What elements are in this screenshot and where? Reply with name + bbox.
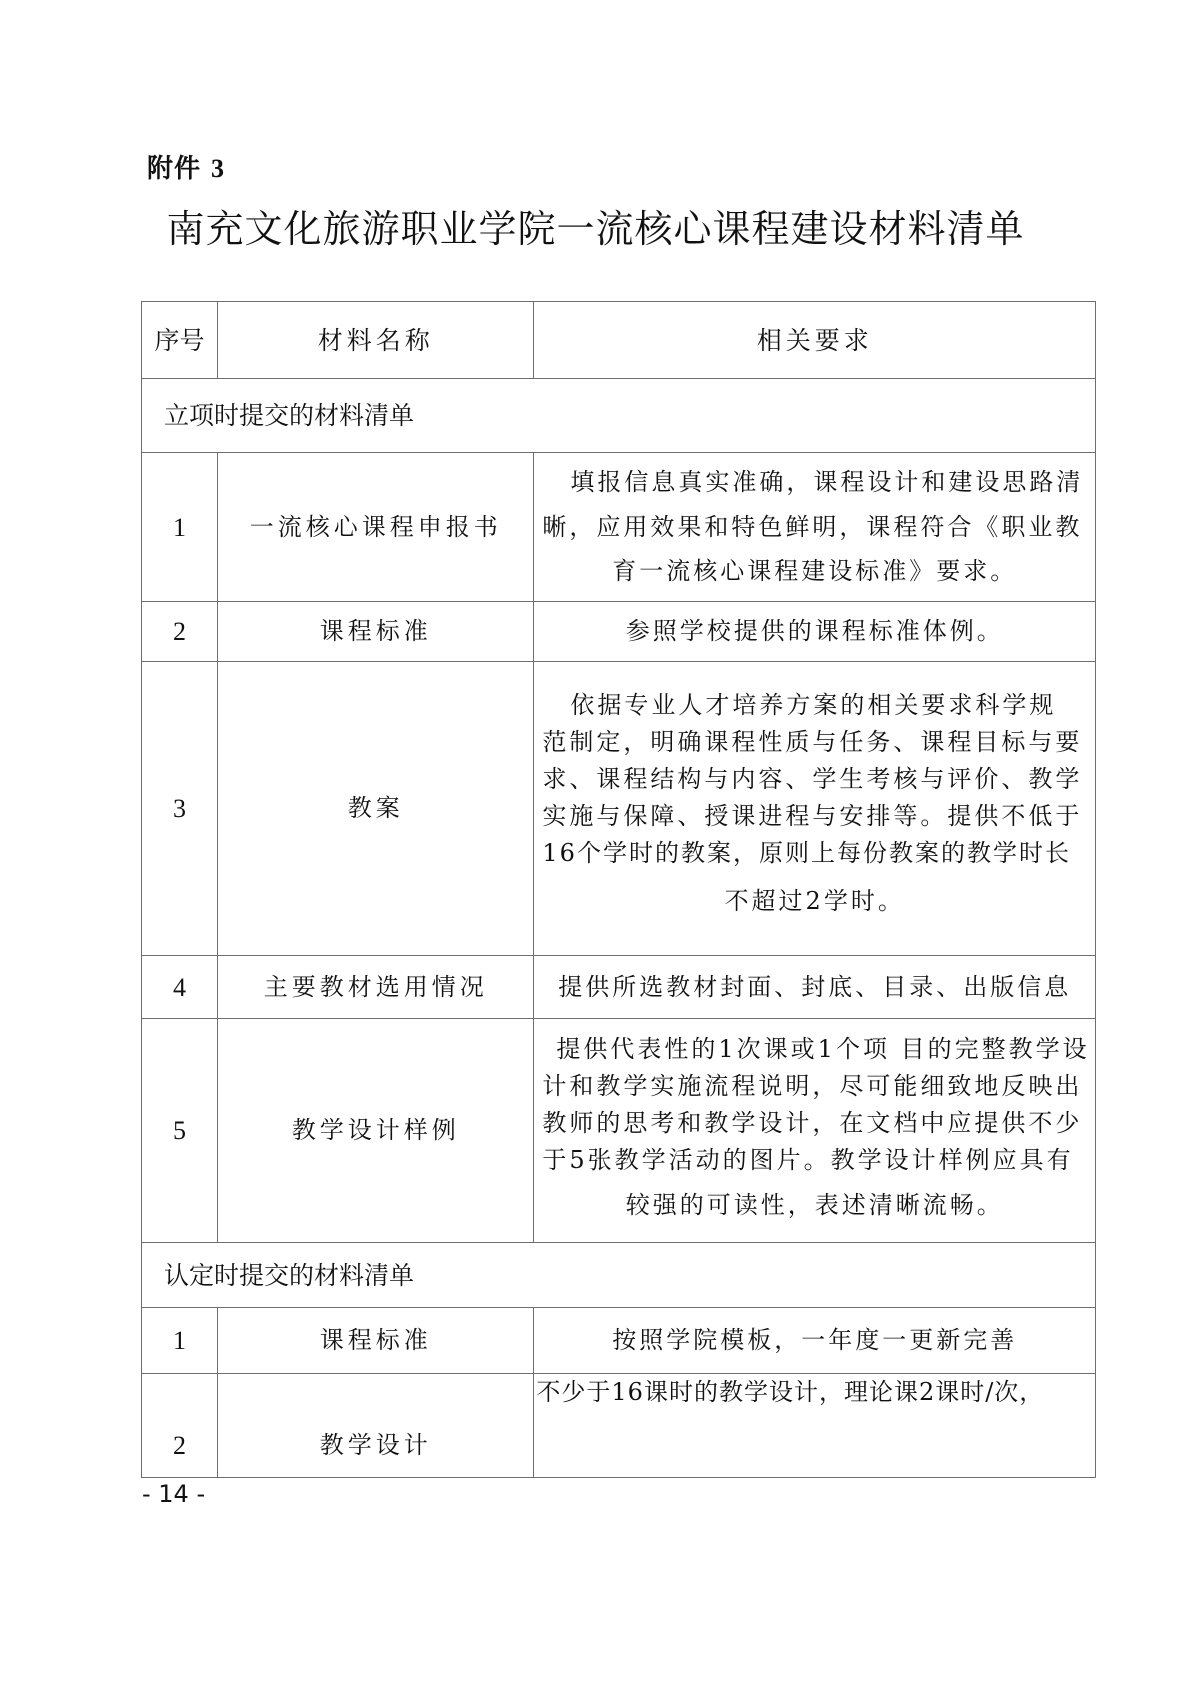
requirement-line: 16个学时的教案，原则上每份教案的教学时长 [542,835,1087,872]
requirement-line: 填报信息真实准确，课程设计和建设思路清 [542,464,1087,501]
requirement-line: 求、课程结构与内容、学生考核与评价、教学 [542,761,1087,798]
row-seq: 2 [142,602,218,662]
attachment-number: 3 [211,154,225,183]
row-seq: 4 [142,956,218,1019]
row-seq: 3 [142,662,218,956]
requirement-line: 参照学校提供的课程标准体例。 [542,613,1087,650]
attachment-label: 附件3 [147,148,225,185]
row-material-name: 课程标准 [218,602,534,662]
row-material-name: 主要教材选用情况 [218,956,534,1019]
requirement-line: 教师的思考和教学设计，在文档中应提供不少 [542,1105,1087,1142]
requirement-line: 晰，应用效果和特色鲜明，课程符合《职业教 [542,501,1087,553]
row-material-name: 教案 [218,662,534,956]
row-material-name: 一流核心课程申报书 [218,453,534,602]
row-requirement: 依据专业人才培养方案的相关要求科学规 范制定，明确课程性质与任务、课程目标与要 … [534,662,1096,956]
row-requirement: 提供所选教材封面、封底、目录、出版信息 [534,956,1096,1019]
requirement-line: 按照学院模板，一年度一更新完善 [542,1322,1087,1359]
row-material-name: 教学设计样例 [218,1019,534,1243]
requirement-line: 提供代表性的1次课或1个项 目的完整教学设 [542,1031,1087,1068]
table-row: 4 主要教材选用情况 提供所选教材封面、封底、目录、出版信息 [142,956,1096,1019]
section-title: 立项时提交的材料清单 [142,379,1096,453]
row-requirement: 填报信息真实准确，课程设计和建设思路清 晰，应用效果和特色鲜明，课程符合《职业教… [534,453,1096,602]
row-requirement: 不少于16课时的教学设计，理论课2课时/次， [534,1374,1096,1478]
row-material-name: 课程标准 [218,1308,534,1374]
requirement-line: 提供所选教材封面、封底、目录、出版信息 [542,969,1087,1006]
table-row: 2 课程标准 参照学校提供的课程标准体例。 [142,602,1096,662]
row-requirement: 按照学院模板，一年度一更新完善 [534,1308,1096,1374]
table-header-row: 序号 材料名称 相关要求 [142,302,1096,379]
page-number: - 14 - [142,1480,205,1508]
requirement-line: 计和教学实施流程说明，尽可能细致地反映出 [542,1068,1087,1105]
header-requirements: 相关要求 [534,302,1096,379]
requirement-line: 范制定，明确课程性质与任务、课程目标与要 [542,724,1087,761]
row-seq: 1 [142,1308,218,1374]
table-row: 3 教案 依据专业人才培养方案的相关要求科学规 范制定，明确课程性质与任务、课程… [142,662,1096,956]
page-title: 南充文化旅游职业学院一流核心课程建设材料清单 [0,198,1191,253]
section-row-initiation: 立项时提交的材料清单 [142,379,1096,453]
materials-table: 序号 材料名称 相关要求 立项时提交的材料清单 1 一流核心课程申报书 填报信息… [141,301,1096,1478]
row-seq: 5 [142,1019,218,1243]
row-requirement: 提供代表性的1次课或1个项 目的完整教学设 计和教学实施流程说明，尽可能细致地反… [534,1019,1096,1243]
requirement-line: 不少于16课时的教学设计，理论课2课时/次， [536,1374,1087,1411]
attachment-label-text: 附件 [147,154,201,184]
section-title: 认定时提交的材料清单 [142,1243,1096,1308]
table-row: 1 课程标准 按照学院模板，一年度一更新完善 [142,1308,1096,1374]
requirement-line: 依据专业人才培养方案的相关要求科学规 [542,687,1087,724]
row-seq: 2 [142,1374,218,1478]
row-requirement: 参照学校提供的课程标准体例。 [534,602,1096,662]
requirement-line: 于5张教学活动的图片。教学设计样例应具有 [542,1142,1087,1179]
table-row: 2 教学设计 不少于16课时的教学设计，理论课2课时/次， [142,1374,1096,1478]
requirement-line: 育一流核心课程建设标准》要求。 [542,553,1087,590]
requirement-line: 实施与保障、授课进程与安排等。提供不低于 [542,798,1087,835]
table-row: 1 一流核心课程申报书 填报信息真实准确，课程设计和建设思路清 晰，应用效果和特… [142,453,1096,602]
requirement-line: 不超过2学时。 [542,872,1087,930]
row-material-name: 教学设计 [218,1374,534,1478]
requirement-line: 较强的可读性，表述清晰流畅。 [542,1179,1087,1231]
section-row-approval: 认定时提交的材料清单 [142,1243,1096,1308]
table-row: 5 教学设计样例 提供代表性的1次课或1个项 目的完整教学设 计和教学实施流程说… [142,1019,1096,1243]
row-seq: 1 [142,453,218,602]
header-seq: 序号 [142,302,218,379]
header-material-name: 材料名称 [218,302,534,379]
